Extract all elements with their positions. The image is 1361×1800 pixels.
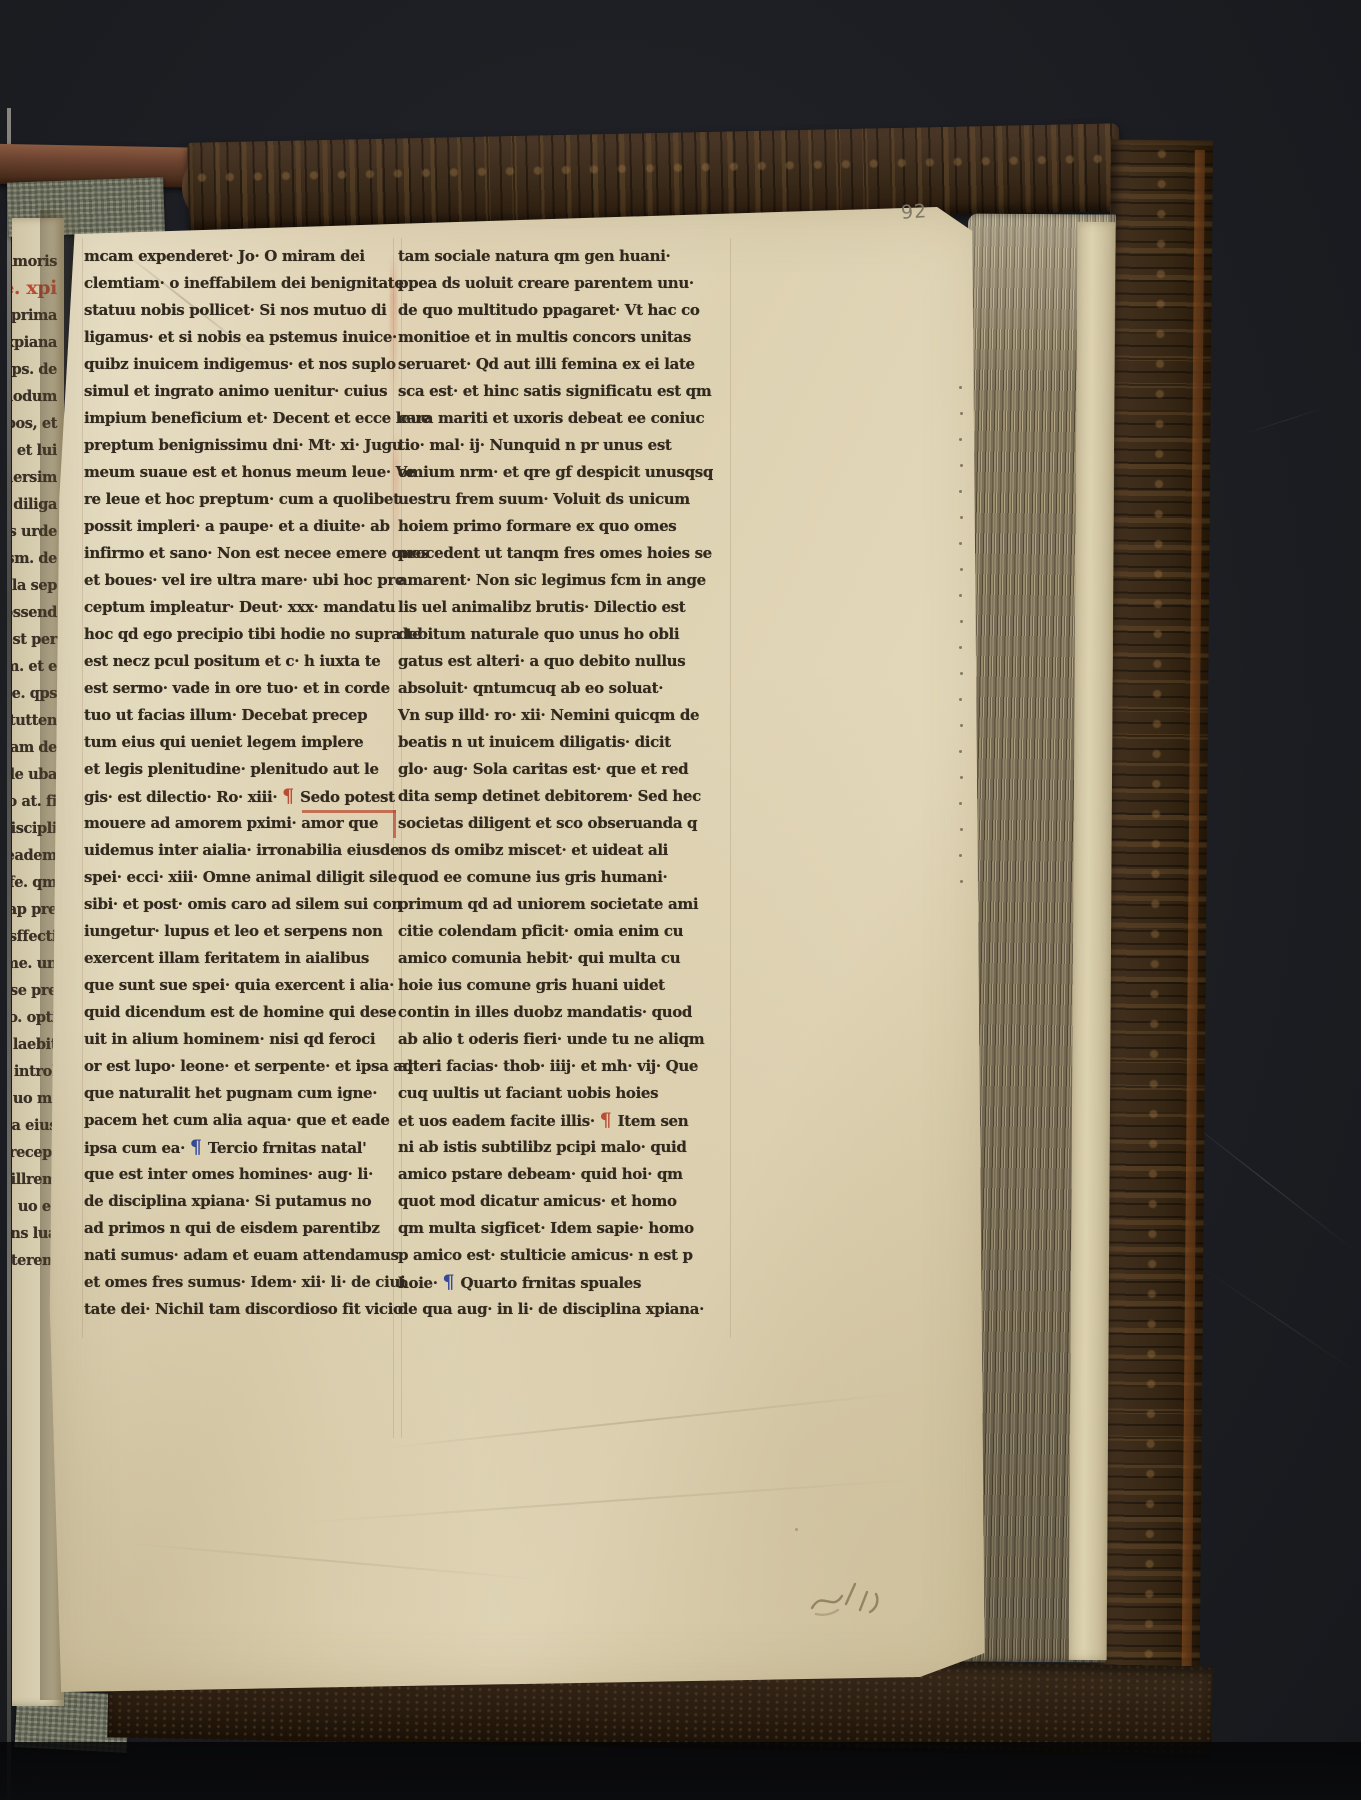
text-line: quid dicendum est de homine qui dese xyxy=(84,999,396,1026)
pricking-dot xyxy=(959,750,962,753)
text-line: gatus est alteri· a quo debito nullus xyxy=(398,648,730,675)
text-line: quibz inuicem indigemus· et nos suplo xyxy=(84,351,396,378)
text-line: statuu nobis pollicet· Si nos mutuo di xyxy=(84,297,396,324)
column-ruling xyxy=(82,238,83,1338)
text-line: ad primos n qui de eisdem parentibz xyxy=(84,1215,396,1242)
text-line: et omes fres sumus· Idem· xii· li· de ci… xyxy=(84,1269,396,1296)
pricking-dot xyxy=(960,672,963,675)
text-line: ab alio t oderis fieri· unde tu ne aliqm xyxy=(398,1026,730,1053)
text-line: seruaret· Qd aut illi femina ex ei late xyxy=(398,351,730,378)
rubric-stroke xyxy=(393,810,396,838)
text-line: tate dei· Nichil tam discordioso fit vic… xyxy=(84,1296,396,1323)
pricking-dot xyxy=(960,464,963,467)
pricking-dot xyxy=(960,724,963,727)
text-line: hoiem primo formare ex quo omes xyxy=(398,513,730,540)
text-line: hoc qd ego precipio tibi hodie no supra … xyxy=(84,621,396,648)
text-line: infirmo et sano· Non est necee emere oue… xyxy=(84,540,396,567)
text-line: dita semp detinet debitorem· Sed hec xyxy=(398,783,730,810)
text-line: monitioe et in multis concors unitas xyxy=(398,324,730,351)
pricking-dot xyxy=(959,594,962,597)
text-line: amico comunia hebit· qui multa cu xyxy=(398,945,730,972)
text-line: spei· ecci· xiii· Omne animal diligit si… xyxy=(84,864,396,891)
ink-speck xyxy=(795,1528,798,1531)
text-line: de disciplina xpiana· Si putamus no xyxy=(84,1188,396,1215)
text-line: meum suaue est et honus meum leue· Ve xyxy=(84,459,396,486)
text-line: ligamus· et si nobis ea pstemus inuice· xyxy=(84,324,396,351)
text-line: tum eius qui ueniet legem implere xyxy=(84,729,396,756)
pricking-dot xyxy=(959,854,962,857)
text-line: de qua aug· in li· de disciplina xpiana· xyxy=(398,1296,730,1323)
pricking-dot xyxy=(959,490,962,493)
blue-pilcrow: ¶ xyxy=(190,1136,208,1158)
text-line: quot mod dicatur amicus· et homo xyxy=(398,1188,730,1215)
pricking-dot xyxy=(959,386,962,389)
pricking-dot xyxy=(960,412,963,415)
text-line: possit impleri· a paupe· et a diuite· ab xyxy=(84,513,396,540)
manuscript-photo: ys amorismore. xpi. exprimae xpianaseps.… xyxy=(0,0,1361,1800)
rubric-stroke xyxy=(302,810,396,813)
text-line: et uos eadem facite illis· ¶ Item sen xyxy=(398,1107,730,1134)
text-line: mouere ad amorem pximi· amor que xyxy=(84,810,396,837)
text-line: et legis plenitudine· plenitudo aut le xyxy=(84,756,396,783)
text-line: p amico est· stulticie amicus· n est p xyxy=(398,1242,730,1269)
pricking-dot xyxy=(959,438,962,441)
text-line: simul et ingrato animo uenitur· cuius xyxy=(84,378,396,405)
pricking-dot xyxy=(960,776,963,779)
text-line: preptum benignissimu dni· Mt· xi· Jugu xyxy=(84,432,396,459)
text-line: lis uel animalibz brutis· Dilectio est xyxy=(398,594,730,621)
text-line: gis· est dilectio· Ro· xiii· ¶ Sedo pote… xyxy=(84,783,396,810)
text-line: mcam expenderet· Jo· O miram dei xyxy=(84,243,396,270)
text-line: hoie ius comune gris huani uidet xyxy=(398,972,730,999)
text-line: re leue et hoc preptum· cum a quolibet xyxy=(84,486,396,513)
ink-scribble xyxy=(806,1568,888,1620)
text-line: Vn sup illd· ro· xii· Nemini quicqm de xyxy=(398,702,730,729)
text-line: uidemus inter aialia· irronabilia eiusde xyxy=(84,837,396,864)
pricking-dot xyxy=(960,620,963,623)
text-line: or est lupo· leone· et serpente· et ipsa… xyxy=(84,1053,396,1080)
text-line: iungetur· lupus et leo et serpens non xyxy=(84,918,396,945)
text-line: nati sumus· adam et euam attendamus· xyxy=(84,1242,396,1269)
text-line: tio· mal· ij· Nunquid n pr unus est xyxy=(398,432,730,459)
text-line: uestru frem suum· Voluit ds unicum xyxy=(398,486,730,513)
text-line: est necz pcul positum et c· h iuxta te xyxy=(84,648,396,675)
text-line: impium beneficium et· Decent et ecce leu… xyxy=(84,405,396,432)
text-line: beatis n ut inuicem diligatis· dicit xyxy=(398,729,730,756)
text-line: nos ds omibz miscet· et uideat ali xyxy=(398,837,730,864)
text-line: amarent· Non sic legimus fcm in ange xyxy=(398,567,730,594)
pricking-dot xyxy=(959,802,962,805)
text-line: quod ee comune ius gris humani· xyxy=(398,864,730,891)
text-line: et boues· vel ire ultra mare· ubi hoc pr… xyxy=(84,567,396,594)
text-line: que naturalit het pugnam cum igne· xyxy=(84,1080,396,1107)
blue-pilcrow: ¶ xyxy=(443,1271,461,1293)
pricking-dot xyxy=(960,880,963,883)
cradle-edge xyxy=(7,108,11,1800)
text-line: omium nrm· et qre gf despicit unusqsq xyxy=(398,459,730,486)
text-line: tuo ut facias illum· Decebat precep xyxy=(84,702,396,729)
text-line: qm multa sigficet· Idem sapie· homo xyxy=(398,1215,730,1242)
text-line: clemtiam· o ineffabilem dei benignitate· xyxy=(84,270,396,297)
text-line: cuq uultis ut faciant uobis hoies xyxy=(398,1080,730,1107)
text-line: ppea ds uoluit creare parentem unu· xyxy=(398,270,730,297)
text-line: contin in illes duobz mandatis· quod xyxy=(398,999,730,1026)
text-line: sibi· et post· omis caro ad silem sui co… xyxy=(84,891,396,918)
pricking-dot xyxy=(960,828,963,831)
backdrop-scratch xyxy=(1205,1270,1355,1371)
red-pilcrow: ¶ xyxy=(600,1109,618,1131)
text-line: sca est· et hinc satis significatu est q… xyxy=(398,378,730,405)
pricking-dot xyxy=(960,516,963,519)
text-line: citie colendam pficit· omia enim cu xyxy=(398,918,730,945)
text-line: ceptum impleatur· Deut· xxx· mandatu xyxy=(84,594,396,621)
red-pilcrow: ¶ xyxy=(282,785,300,807)
text-line: hoie· ¶ Quarto frnitas spuales xyxy=(398,1269,730,1296)
pricking-dot xyxy=(959,698,962,701)
text-line: pacem het cum alia aqua· que et eade xyxy=(84,1107,396,1134)
text-line: cara mariti et uxoris debeat ee coniuc xyxy=(398,405,730,432)
text-line: procedent ut tanqm fres omes hoies se xyxy=(398,540,730,567)
text-line: est sermo· vade in ore tuo· et in corde xyxy=(84,675,396,702)
text-line: debitum naturale quo unus ho obli xyxy=(398,621,730,648)
text-column-left: mcam expenderet· Jo· O miram deiclemtiam… xyxy=(84,243,396,1323)
pricking-dot xyxy=(960,568,963,571)
text-line: tam sociale natura qm gen huani· xyxy=(398,243,730,270)
folio-number: 92 xyxy=(900,200,928,224)
text-line: ni ab istis subtilibz pcipi malo· quid xyxy=(398,1134,730,1161)
binding-bottom-shadow xyxy=(0,1742,1361,1800)
text-line: absoluit· qntumcuq ab eo soluat· xyxy=(398,675,730,702)
column-ruling xyxy=(730,238,731,1338)
text-line: amico pstare debeam· quid hoi· qm xyxy=(398,1161,730,1188)
text-line: exercent illam feritatem in aialibus xyxy=(84,945,396,972)
text-line: que est inter omes homines· aug· li· xyxy=(84,1161,396,1188)
text-column-right: tam sociale natura qm gen huani·ppea ds … xyxy=(398,243,730,1323)
text-line: ipsa cum ea· ¶ Tercio frnitas natal' xyxy=(84,1134,396,1161)
text-line: de quo multitudo ppagaret· Vt hac co xyxy=(398,297,730,324)
text-line: alteri facias· thob· iiij· et mh· vij· Q… xyxy=(398,1053,730,1080)
pricking-dot xyxy=(959,542,962,545)
text-line: societas diligent et sco obseruanda q xyxy=(398,810,730,837)
pricking-dot xyxy=(959,646,962,649)
text-line: uit in alium hominem· nisi qd feroci xyxy=(84,1026,396,1053)
text-line: glo· aug· Sola caritas est· que et red xyxy=(398,756,730,783)
text-line: primum qd ad uniorem societate ami xyxy=(398,891,730,918)
backdrop-scratch xyxy=(1242,406,1328,435)
text-line: que sunt sue spei· quia exercent i alia· xyxy=(84,972,396,999)
